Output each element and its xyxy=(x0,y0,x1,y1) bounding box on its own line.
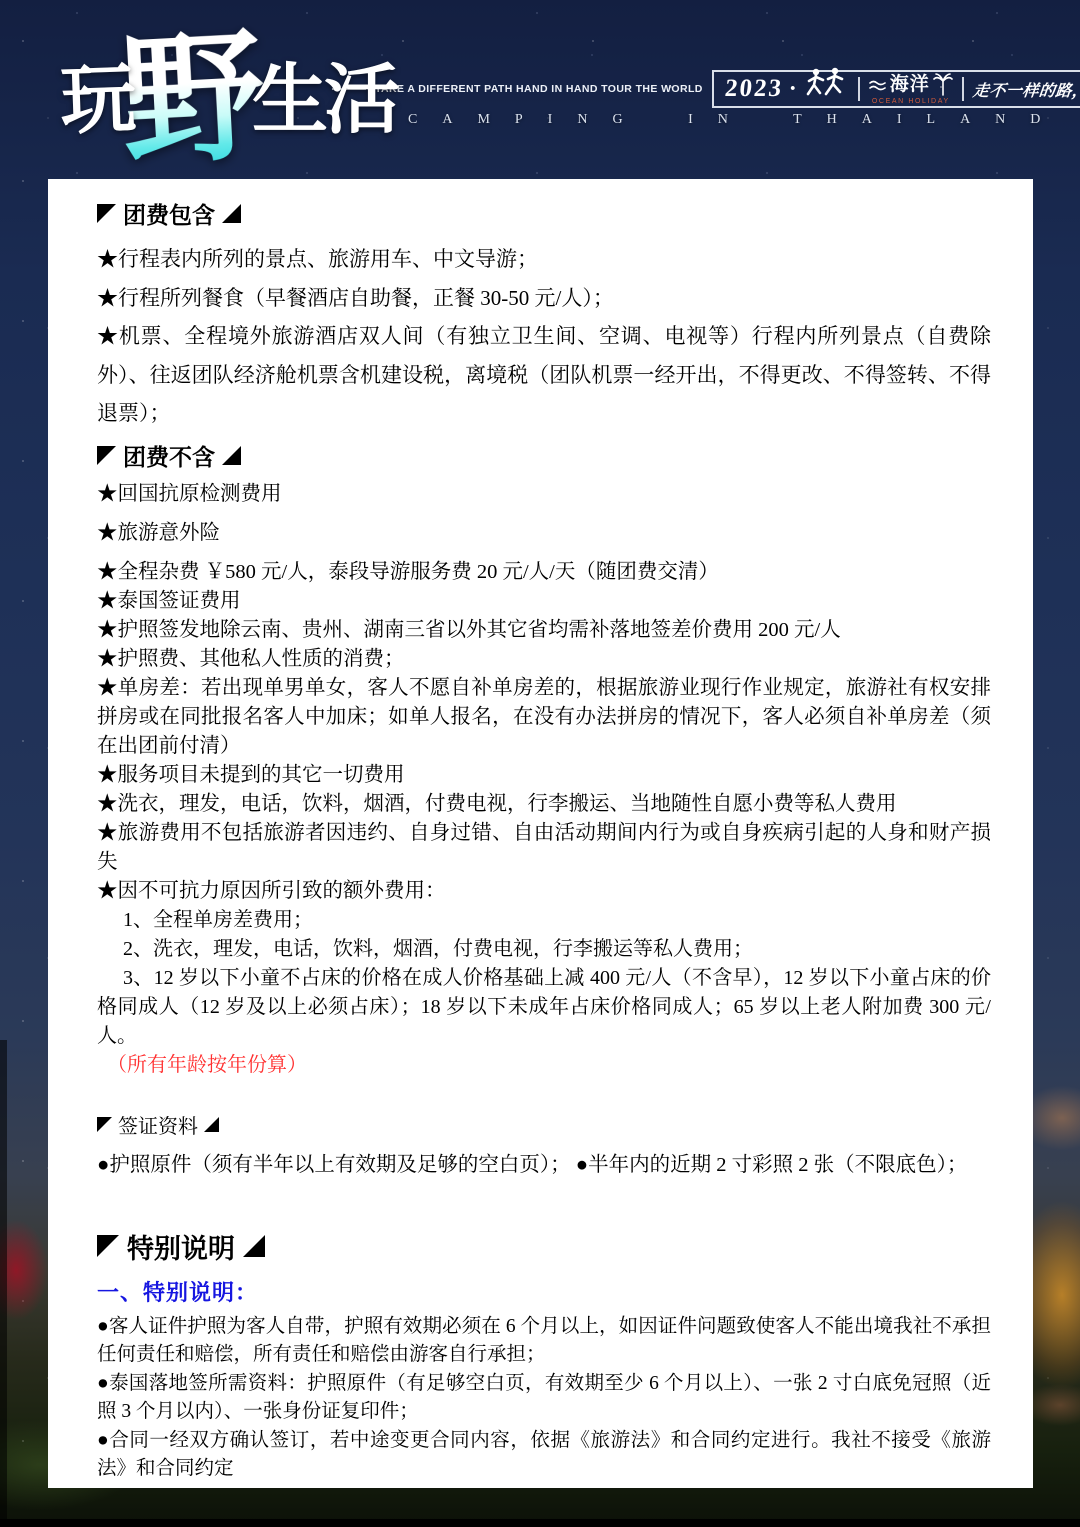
section-title-text: 签证资料 xyxy=(118,1110,198,1139)
section-heading-visa: 签证资料 xyxy=(97,1110,991,1139)
photo-edge-left xyxy=(0,1040,7,1527)
flag-right-icon xyxy=(222,204,241,223)
badge-divider xyxy=(858,77,860,101)
section-heading-fee-exclude: 团费不含 xyxy=(97,439,991,472)
sub-list-item: 1、全程单房差费用； xyxy=(97,906,991,935)
list-item: ★因不可抗力原因所引致的额外费用： xyxy=(97,877,991,906)
flag-left-icon xyxy=(97,1117,112,1132)
section-title-text: 团费不含 xyxy=(123,439,215,472)
list-item: ★行程所列餐食（早餐酒店自助餐，正餐 30-50 元/人）； xyxy=(97,279,991,318)
flag-right-icon xyxy=(222,446,241,465)
tagline-english: TAKE A DIFFERENT PATH HAND IN HAND TOUR … xyxy=(375,83,703,95)
section-title-text: 团费包含 xyxy=(123,197,215,230)
fee-exclude-list: ★回国抗原检测费用 ★旅游意外险 ★全程杂费 ￥580 元/人，泰段导游服务费 … xyxy=(97,480,991,906)
flag-left-icon xyxy=(97,1235,119,1257)
fee-include-list: ★行程表内所列的景点、旅游用车、中文导游； ★行程所列餐食（早餐酒店自助餐，正餐… xyxy=(97,240,991,433)
sub-list-item: 2、洗衣，理发，电话，饮料，烟酒，付费电视，行李搬运等私人费用； xyxy=(97,935,991,964)
list-item: ★单房差：若出现单男单女，客人不愿自补单房差的，根据旅游业现行作业规定，旅游社有… xyxy=(97,674,991,761)
middot: · xyxy=(789,76,797,103)
age-rule-red-note: （所有年龄按年份算） xyxy=(97,1051,991,1080)
runners-icon xyxy=(803,66,849,102)
visa-materials: ●护照原件（须有半年以上有效期及足够的空白页）； ●半年内的近期 2 寸彩照 2… xyxy=(97,1145,991,1185)
logo-char-play: 玩 xyxy=(58,37,134,148)
year-brand-badge: 2023 · 海洋 xyxy=(712,70,1080,108)
year-label: 2023 xyxy=(723,75,784,103)
ocean-holiday-logo: 海洋 OCEAN HOLIDAY xyxy=(869,73,953,105)
list-item: ●合同一经双方确认签订，若中途变更合同内容，依据《旅游法》和合同约定进行。我社不… xyxy=(97,1427,991,1484)
list-item: ★护照签发地除云南、贵州、湖南三省以外其它省均需补落地签差价费用 200 元/人 xyxy=(97,616,991,645)
list-item: ●客人证件护照为客人自带，护照有效期必须在 6 个月以上，如因证件问题致使客人不… xyxy=(97,1313,991,1370)
palm-icon xyxy=(933,73,953,96)
list-item: ★旅游意外险 xyxy=(97,519,991,548)
logo-chars-life: 生活 xyxy=(252,39,396,148)
flag-left-icon xyxy=(97,446,116,465)
sub-list-item: 3、12 岁以下小童不占床的价格在成人价格基础上减 400 元/人（不含早），1… xyxy=(97,964,991,1051)
list-item: ★护照费、其他私人性质的消费； xyxy=(97,645,991,674)
flag-left-icon xyxy=(97,204,116,223)
list-item: ★服务项目未提到的其它一切费用 xyxy=(97,761,991,790)
list-item: ●泰国落地签所需资料：护照原件（有足够空白页，有效期至少 6 个月以上）、一张 … xyxy=(97,1370,991,1427)
list-item: ★回国抗原检测费用 xyxy=(97,480,991,509)
section-heading-fee-include: 团费包含 xyxy=(97,197,991,230)
photo-edge-bottom xyxy=(0,1519,1080,1527)
list-item: ★洗衣，理发，电话，饮料，烟酒，付费电视，行李搬运、当地随性自愿小费等私人费用 xyxy=(97,790,991,819)
special-notes-list: ●客人证件护照为客人自带，护照有效期必须在 6 个月以上，如因证件问题致使客人不… xyxy=(97,1313,991,1484)
force-majeure-sublist: 1、全程单房差费用； 2、洗衣，理发，电话，饮料，烟酒，付费电视，行李搬运等私人… xyxy=(97,906,991,1051)
brand-logo: 玩 野 生活 xyxy=(60,18,396,168)
visa-requirements-line: ●护照原件（须有半年以上有效期及足够的空白页）； ●半年内的近期 2 寸彩照 2… xyxy=(97,1145,991,1185)
list-item: ★全程杂费 ￥580 元/人，泰段导游服务费 20 元/人/天（随团费交清） xyxy=(97,558,991,587)
section-heading-special-notes: 特别说明 xyxy=(97,1227,991,1266)
header-banner: 玩 野 生活 TAKE A DIFFERENT PATH HAND IN HAN… xyxy=(0,0,1080,179)
wave-icon xyxy=(869,78,887,92)
flag-right-icon xyxy=(243,1235,265,1257)
list-item: ★旅游费用不包括旅游者因违约、自身过错、自由活动期间内行为或自身疾病引起的人身和… xyxy=(97,819,991,877)
list-item: ★行程表内所列的景点、旅游用车、中文导游； xyxy=(97,240,991,279)
flag-right-icon xyxy=(204,1117,219,1132)
logo-char-wild: 野 xyxy=(118,25,267,174)
campaign-title: CAMPING IN THAILAND xyxy=(408,112,1065,128)
special-notes-subtitle: 一、特别说明： xyxy=(97,1276,991,1307)
ocean-brand-cn: 海洋 xyxy=(890,75,930,94)
badge-divider xyxy=(962,77,964,101)
header-tagline-row: TAKE A DIFFERENT PATH HAND IN HAND TOUR … xyxy=(332,70,1044,108)
document-page: 团费包含 ★行程表内所列的景点、旅游用车、中文导游； ★行程所列餐食（早餐酒店自… xyxy=(48,179,1033,1488)
list-item: ★机票、全程境外旅游酒店双人间（有独立卫生间、空调、电视等）行程内所列景点（自费… xyxy=(97,317,991,433)
section-title-text: 特别说明 xyxy=(127,1227,235,1266)
list-item: ★泰国签证费用 xyxy=(97,587,991,616)
ocean-brand-en: OCEAN HOLIDAY xyxy=(872,98,950,105)
brand-slogan: 走不一样的路，牵手游世界 xyxy=(972,78,1080,101)
